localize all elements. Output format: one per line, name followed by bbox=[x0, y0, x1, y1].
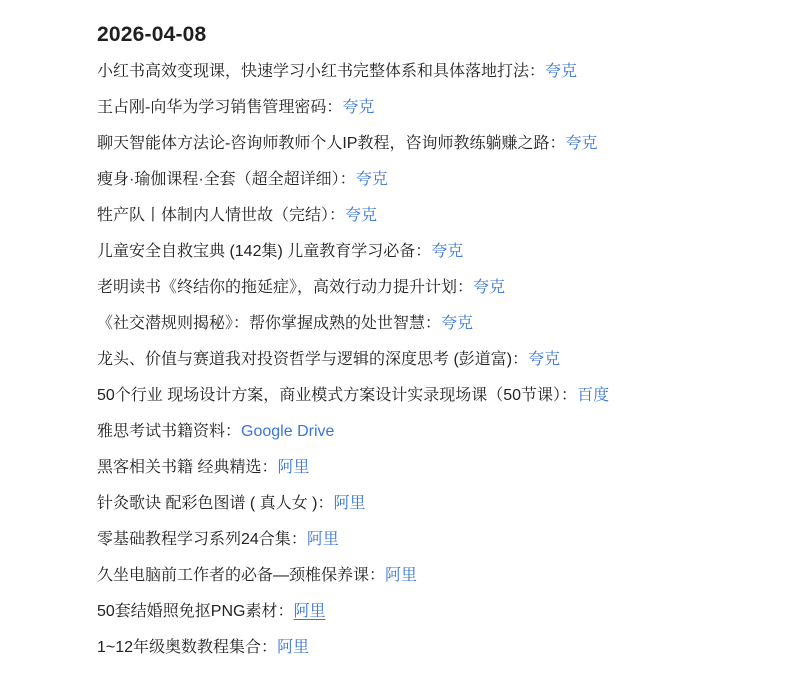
list-item: 50套结婚照免抠PNG素材：阿里 bbox=[97, 597, 800, 633]
item-separator: ： bbox=[529, 63, 545, 80]
resource-list-page: 2026-04-08 小红书高效变现课，快速学习小红书完整体系和具体落地打法：夸… bbox=[0, 0, 800, 669]
item-title: 聊天智能体方法论-咨询师教师个人IP教程，咨询师教练躺赚之路 bbox=[97, 135, 549, 152]
item-title: 针灸歌诀 配彩色图谱 ( 真人女 ) bbox=[97, 495, 317, 512]
list-item: 黑客相关书籍 经典精选：阿里 bbox=[97, 453, 800, 489]
item-title: 久坐电脑前工作者的必备—颈椎保养课 bbox=[97, 567, 369, 584]
item-title: 黑客相关书籍 经典精选 bbox=[97, 459, 261, 476]
item-separator: ： bbox=[329, 207, 345, 224]
item-title: 小红书高效变现课，快速学习小红书完整体系和具体落地打法 bbox=[97, 63, 529, 80]
item-separator: ： bbox=[369, 567, 385, 584]
download-link[interactable]: 夸克 bbox=[545, 63, 577, 80]
list-item: 1~12年级奥数教程集合：阿里 bbox=[97, 633, 800, 669]
list-item: 雅思考试书籍资料：Google Drive bbox=[97, 417, 800, 453]
list-item: 老明读书《终结你的拖延症》，高效行动力提升计划：夸克 bbox=[97, 273, 800, 309]
download-link[interactable]: 夸克 bbox=[431, 243, 463, 260]
item-separator: ： bbox=[340, 171, 356, 188]
item-title: 1~12年级奥数教程集合 bbox=[97, 639, 261, 656]
download-link[interactable]: 夸克 bbox=[356, 171, 388, 188]
item-title: 雅思考试书籍资料 bbox=[97, 423, 225, 440]
item-title: 50套结婚照免抠PNG素材 bbox=[97, 603, 277, 620]
item-separator: ： bbox=[261, 459, 277, 476]
item-separator: ： bbox=[549, 135, 565, 152]
download-link[interactable]: 阿里 bbox=[277, 639, 309, 656]
list-item: 零基础教程学习系列24合集：阿里 bbox=[97, 525, 800, 561]
list-item: 针灸歌诀 配彩色图谱 ( 真人女 )：阿里 bbox=[97, 489, 800, 525]
download-link[interactable]: 夸克 bbox=[345, 207, 377, 224]
download-link[interactable]: 百度 bbox=[577, 387, 609, 404]
item-separator: ： bbox=[277, 603, 293, 620]
download-link[interactable]: 阿里 bbox=[307, 531, 339, 548]
item-separator: ： bbox=[291, 531, 307, 548]
list-item: 《社交潜规则揭秘》：帮你掌握成熟的处世智慧：夸克 bbox=[97, 309, 800, 345]
list-item: 50个行业 现场设计方案，商业模式方案设计实录现场课（50节课）：百度 bbox=[97, 381, 800, 417]
item-separator: ： bbox=[512, 351, 528, 368]
item-title: 瘦身·瑜伽课程·全套（超全超详细） bbox=[97, 171, 340, 188]
item-separator: ： bbox=[317, 495, 333, 512]
item-title: 《社交潜规则揭秘》：帮你掌握成熟的处世智慧 bbox=[97, 315, 425, 332]
resource-list: 小红书高效变现课，快速学习小红书完整体系和具体落地打法：夸克 王占刚-向华为学习… bbox=[97, 57, 800, 669]
item-separator: ： bbox=[261, 639, 277, 656]
download-link[interactable]: 夸克 bbox=[342, 99, 374, 116]
download-link[interactable]: 夸克 bbox=[565, 135, 597, 152]
item-title: 儿童安全自救宝典 (142集) 儿童教育学习必备 bbox=[97, 243, 415, 260]
download-link[interactable]: Google Drive bbox=[241, 423, 334, 440]
download-link[interactable]: 阿里 bbox=[385, 567, 417, 584]
item-separator: ： bbox=[415, 243, 431, 260]
list-item: 儿童安全自救宝典 (142集) 儿童教育学习必备：夸克 bbox=[97, 237, 800, 273]
item-separator: ： bbox=[326, 99, 342, 116]
item-title: 龙头、价值与赛道我对投资哲学与逻辑的深度思考 (彭道富) bbox=[97, 351, 512, 368]
list-item: 王占刚-向华为学习销售管理密码：夸克 bbox=[97, 93, 800, 129]
list-item: 聊天智能体方法论-咨询师教师个人IP教程，咨询师教练躺赚之路：夸克 bbox=[97, 129, 800, 165]
download-link[interactable]: 阿里 bbox=[277, 459, 309, 476]
item-title: 牲产队丨体制内人情世故（完结） bbox=[97, 207, 329, 224]
download-link[interactable]: 夸克 bbox=[528, 351, 560, 368]
download-link[interactable]: 夸克 bbox=[473, 279, 505, 296]
list-item: 龙头、价值与赛道我对投资哲学与逻辑的深度思考 (彭道富)：夸克 bbox=[97, 345, 800, 381]
list-item: 小红书高效变现课，快速学习小红书完整体系和具体落地打法：夸克 bbox=[97, 57, 800, 93]
list-item: 久坐电脑前工作者的必备—颈椎保养课：阿里 bbox=[97, 561, 800, 597]
item-title: 50个行业 现场设计方案，商业模式方案设计实录现场课（50节课） bbox=[97, 387, 561, 404]
date-heading: 2026-04-08 bbox=[97, 20, 800, 50]
item-separator: ： bbox=[561, 387, 577, 404]
item-separator: ： bbox=[457, 279, 473, 296]
download-link[interactable]: 阿里 bbox=[294, 603, 326, 620]
download-link[interactable]: 夸克 bbox=[441, 315, 473, 332]
item-separator: ： bbox=[225, 423, 241, 440]
list-item: 牲产队丨体制内人情世故（完结）：夸克 bbox=[97, 201, 800, 237]
item-title: 老明读书《终结你的拖延症》，高效行动力提升计划 bbox=[97, 279, 457, 296]
list-item: 瘦身·瑜伽课程·全套（超全超详细）：夸克 bbox=[97, 165, 800, 201]
download-link[interactable]: 阿里 bbox=[333, 495, 365, 512]
item-separator: ： bbox=[425, 315, 441, 332]
item-title: 零基础教程学习系列24合集 bbox=[97, 531, 291, 548]
item-title: 王占刚-向华为学习销售管理密码 bbox=[97, 99, 326, 116]
